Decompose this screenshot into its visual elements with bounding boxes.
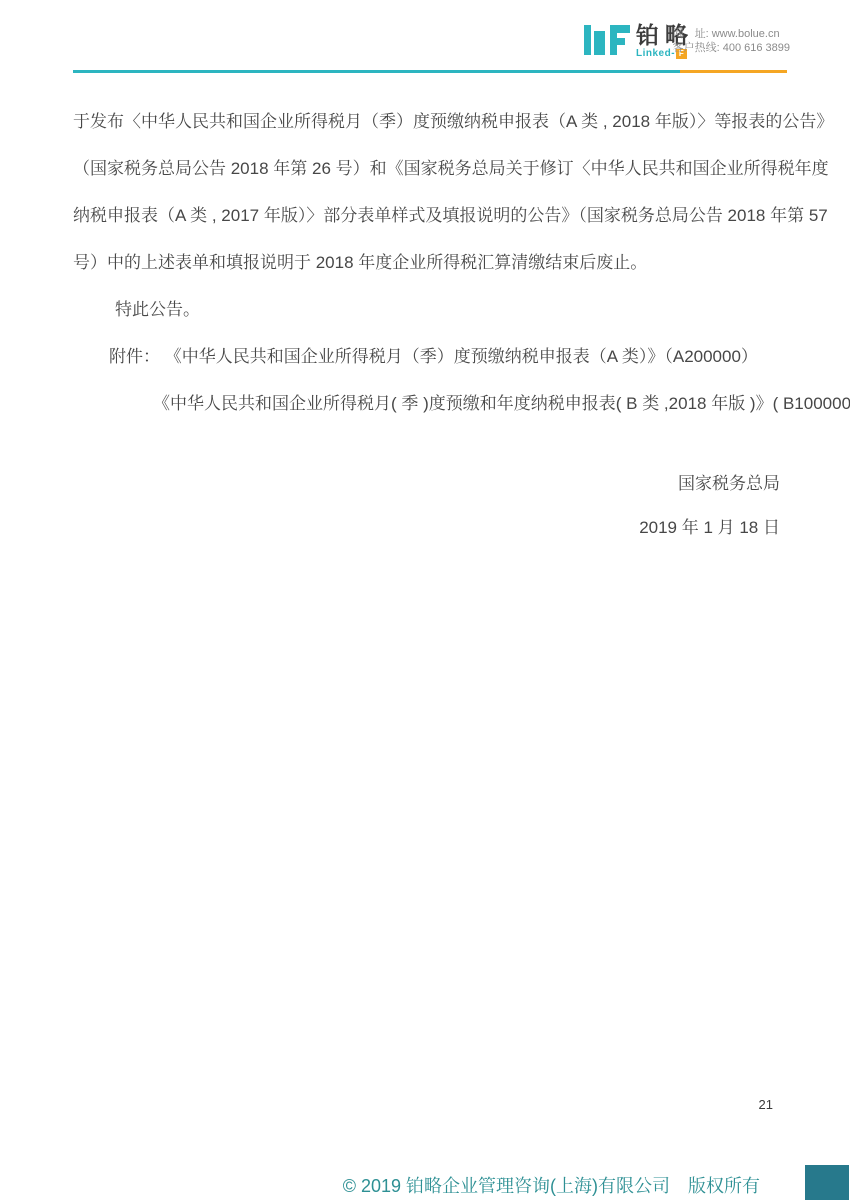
signature-issuer: 国家税务总局	[639, 462, 780, 506]
hotline-label: 客户热线:	[673, 42, 720, 54]
signature-date: 2019 年 1 月 18 日	[639, 506, 780, 550]
website-row: 网 址: www.bolue.cn	[673, 27, 790, 41]
paragraph-line: 纳税申报表（A 类 , 2017 年版）〉部分表单样式及填报说明的公告》（国家税…	[73, 192, 789, 239]
brand-en-prefix: Linked-	[636, 48, 675, 59]
corner-accent-square	[805, 1165, 849, 1200]
paragraph-line: 号）中的上述表单和填报说明于 2018 年度企业所得税汇算清缴结束后废止。	[73, 239, 789, 286]
website-value: www.bolue.cn	[712, 28, 780, 40]
attachment-2-title: 《中华人民共和国企业所得税月( 季 )度预缴和年度纳税申报表( B 类 ,201…	[153, 394, 850, 413]
header-contact-info: 网 址: www.bolue.cn 客户热线: 400 616 3899	[673, 27, 790, 55]
paragraph-line: 于发布〈中华人民共和国企业所得税月（季）度预缴纳税申报表（A 类 , 2018 …	[73, 98, 789, 145]
header-divider-line	[73, 70, 787, 73]
paragraph-line: （国家税务总局公告 2018 年第 26 号）和《国家税务总局关于修订〈中华人民…	[73, 145, 789, 192]
document-page: 铂略 Linked- F 网 址: www.bolue.cn 客户热线: 400…	[0, 0, 850, 1202]
website-label: 网 址:	[673, 28, 709, 40]
page-number: 21	[759, 1097, 773, 1112]
signature-block: 国家税务总局 2019 年 1 月 18 日	[639, 462, 780, 550]
closing-statement: 特此公告。	[73, 286, 789, 333]
hotline-row: 客户热线: 400 616 3899	[673, 41, 790, 55]
attachment-line-2: 《中华人民共和国企业所得税月( 季 )度预缴和年度纳税申报表( B 类 ,201…	[73, 380, 789, 427]
announcement-body: 于发布〈中华人民共和国企业所得税月（季）度预缴纳税申报表（A 类 , 2018 …	[73, 98, 789, 427]
attachment-line-1: 附件： 《中华人民共和国企业所得税月（季）度预缴纳税申报表（A 类）》（A200…	[73, 333, 789, 380]
linked-f-logo-icon	[584, 23, 630, 55]
hotline-value: 400 616 3899	[723, 42, 790, 54]
attachment-1-title: 《中华人民共和国企业所得税月（季）度预缴纳税申报表（A 类）》（A200000）	[165, 347, 758, 366]
attachment-label: 附件：	[109, 347, 160, 366]
copyright-notice: © 2019 铂略企业管理咨询(上海)有限公司 版权所有	[343, 1172, 760, 1198]
